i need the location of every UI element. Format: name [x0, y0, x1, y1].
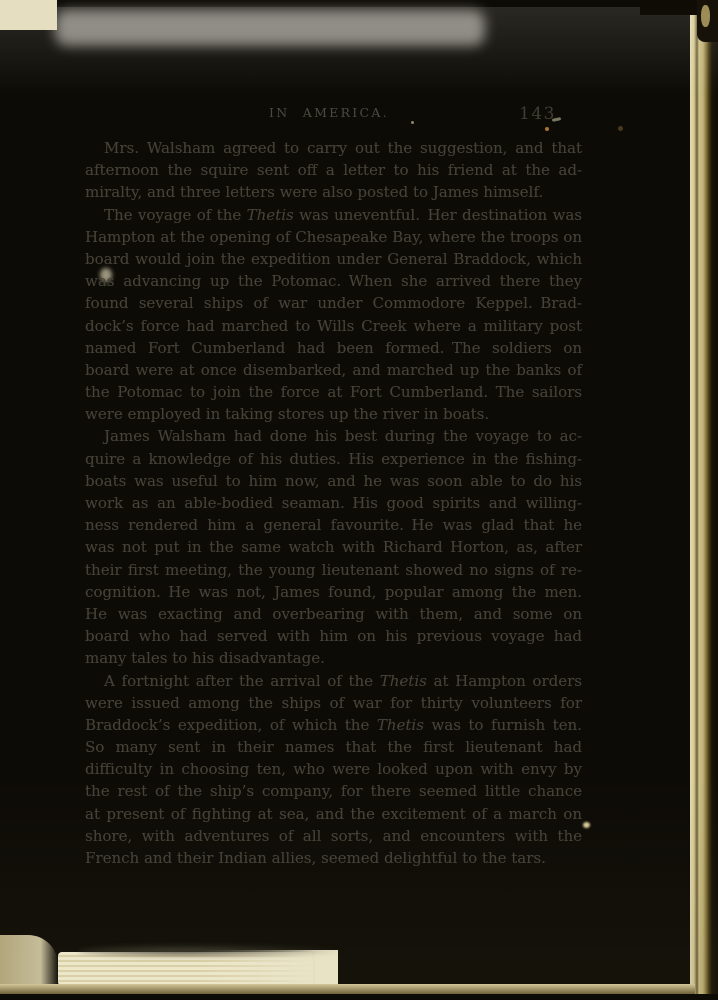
text-line: A fortnight after the arrival of the The…: [85, 670, 582, 692]
text-line: the Potomac to join the force at Fort Cu…: [85, 381, 582, 403]
text-line: French and their Indian allies, seemed d…: [85, 847, 582, 869]
text-line: quire a knowledge of his duties. His exp…: [85, 448, 582, 470]
scanned-book-page: IN AMERICA. 143 Mrs. Walsham agreed to c…: [0, 0, 718, 1000]
underlying-page-corner: [0, 0, 57, 30]
text-line: their first meeting, the young lieutenan…: [85, 559, 582, 581]
text-line: work as an able-bodied seaman. His good …: [85, 492, 582, 514]
foxing-spot: [583, 822, 590, 828]
scan-light-band: [55, 10, 485, 46]
text-line: was advancing up the Potomac. When she a…: [85, 270, 582, 292]
text-line: at present of fighting at sea, and the e…: [85, 803, 582, 825]
text-line: difficulty in choosing ten, who were loo…: [85, 758, 582, 780]
running-header-title: IN AMERICA.: [269, 106, 389, 120]
text-line: was not put in the same watch with Richa…: [85, 536, 582, 558]
text-line: found several ships of war under Commodo…: [85, 292, 582, 314]
page-edge-stripes: [690, 7, 718, 994]
text-line: So many sent in their names that the fir…: [85, 736, 582, 758]
text-line: were issued among the ships of war for t…: [85, 692, 582, 714]
text-line: The voyage of the Thetis was uneventful.…: [85, 204, 582, 226]
text-line: afternoon the squire sent off a letter t…: [85, 159, 582, 181]
text-line: miralty, and three letters were also pos…: [85, 181, 582, 203]
text-line: named Fort Cumberland had been formed. T…: [85, 337, 582, 359]
text-line: ness rendered him a general favourite. H…: [85, 514, 582, 536]
foxing-spot: [545, 127, 549, 131]
text-line: dock’s force had marched to Wills Creek …: [85, 315, 582, 337]
page-edge-blob: [701, 5, 710, 27]
text-line: board were at once disembarked, and marc…: [85, 359, 582, 381]
ink-speck: [411, 121, 414, 124]
text-line: shore, with adventures of all sorts, and…: [85, 825, 582, 847]
page-number: 143: [519, 104, 556, 124]
text-line: cognition. He was not, James found, popu…: [85, 581, 582, 603]
text-line: the rest of the ship’s company, for ther…: [85, 780, 582, 802]
text-line: board would join the expedition under Ge…: [85, 248, 582, 270]
text-line: boats was useful to him now, and he was …: [85, 470, 582, 492]
body-text: Mrs. Walsham agreed to carry out the sug…: [85, 137, 582, 869]
text-line: Hampton at the opening of Chesapeake Bay…: [85, 226, 582, 248]
ink-speck: [618, 126, 623, 131]
page-bottom-edge: [0, 984, 695, 994]
text-line: He was exacting and overbearing with the…: [85, 603, 582, 625]
text-line: Braddock’s expedition, of which the Thet…: [85, 714, 582, 736]
text-line: board who had served with him on his pre…: [85, 625, 582, 647]
text-line: were employed in taking stores up the ri…: [85, 403, 582, 425]
text-line: Mrs. Walsham agreed to carry out the sug…: [85, 137, 582, 159]
text-line: many tales to his disadvantage.: [85, 647, 582, 669]
text-line: James Walsham had done his best during t…: [85, 425, 582, 447]
page-bottom-shadow: [78, 944, 343, 958]
